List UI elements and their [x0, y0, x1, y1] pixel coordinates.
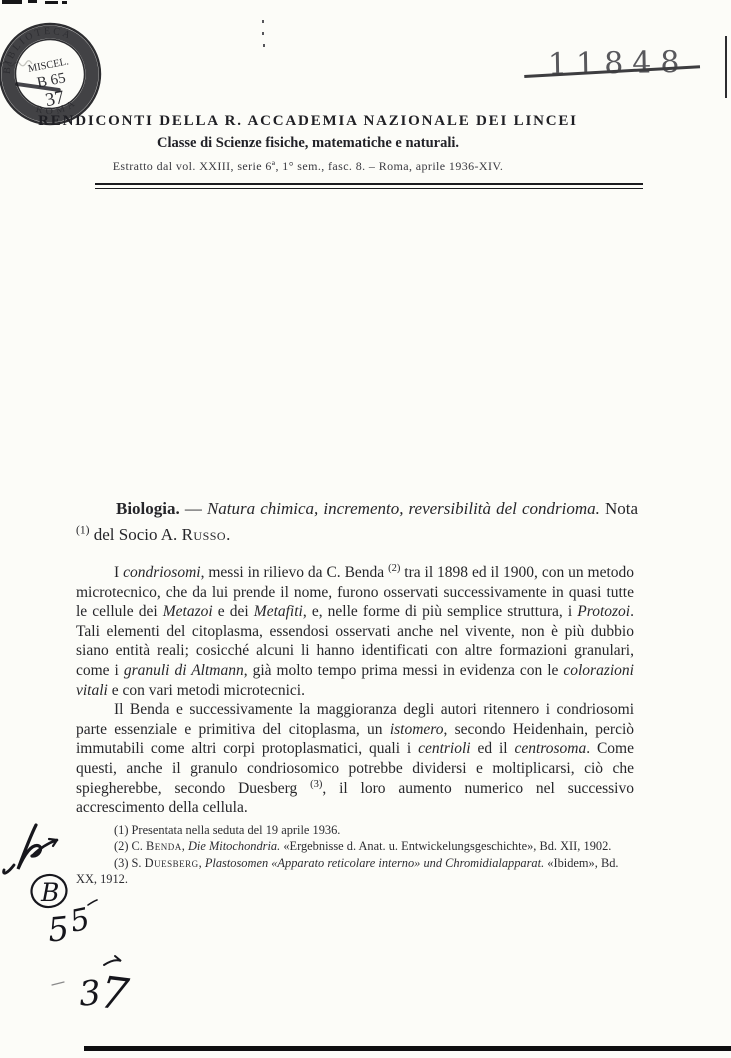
scan-artifact: [28, 0, 37, 3]
journal-title: RENDICONTI DELLA R. ACCADEMIA NAZIONALE …: [18, 113, 598, 130]
svg-text:7: 7: [97, 967, 131, 1021]
journal-header: RENDICONTI DELLA R. ACCADEMIA NAZIONALE …: [18, 113, 598, 174]
scan-artifact: [2, 0, 22, 4]
article-title: Biologia. — Natura chimica, incremento, …: [76, 496, 638, 548]
scanned-document-page: BIBLIOTECA ROMA MISCEL. B 65 37 11848 RE…: [0, 0, 731, 1058]
accession-number-text: 11848: [548, 45, 689, 82]
scan-artifact: [62, 1, 67, 4]
handwritten-circled-b: B: [29, 873, 68, 910]
scan-artifact: [45, 1, 58, 4]
footnote-1: (1) Presentata nella seduta del 19 april…: [76, 822, 636, 838]
handwritten-three-seven: 3 7: [52, 956, 131, 1021]
body-paragraph: Il Benda e successivamente la maggioranz…: [76, 700, 634, 818]
scan-edge-line: [725, 36, 727, 98]
footnote-3: (3) S. Duesberg, Plastosomen «Apparato r…: [76, 855, 636, 888]
scan-bottom-band: [84, 1046, 731, 1051]
body-paragraph: I condriosomi, messi in rilievo da C. Be…: [76, 563, 634, 700]
accession-number: 11848: [548, 45, 689, 82]
handwritten-signature: [4, 825, 57, 873]
handwritten-annotations: B 5 5 3 7: [0, 813, 150, 1023]
svg-text:B: B: [40, 878, 59, 907]
svg-text:5: 5: [67, 902, 93, 940]
article-body: I condriosomi, messi in rilievo da C. Be…: [76, 563, 634, 818]
svg-text:5: 5: [46, 909, 71, 950]
header-divider-rule: [95, 183, 643, 189]
journal-subtitle: Classe di Scienze fisiche, matematiche e…: [18, 135, 598, 152]
journal-issue-line: Estratto dal vol. XXIII, serie 6ª, 1° se…: [18, 159, 598, 174]
stamp-text-number: 37: [44, 87, 67, 111]
footnotes: (1) Presentata nella seduta del 19 april…: [76, 822, 636, 888]
footnote-2: (2) C. Benda, Die Mitochondria. «Ergebni…: [76, 838, 636, 854]
